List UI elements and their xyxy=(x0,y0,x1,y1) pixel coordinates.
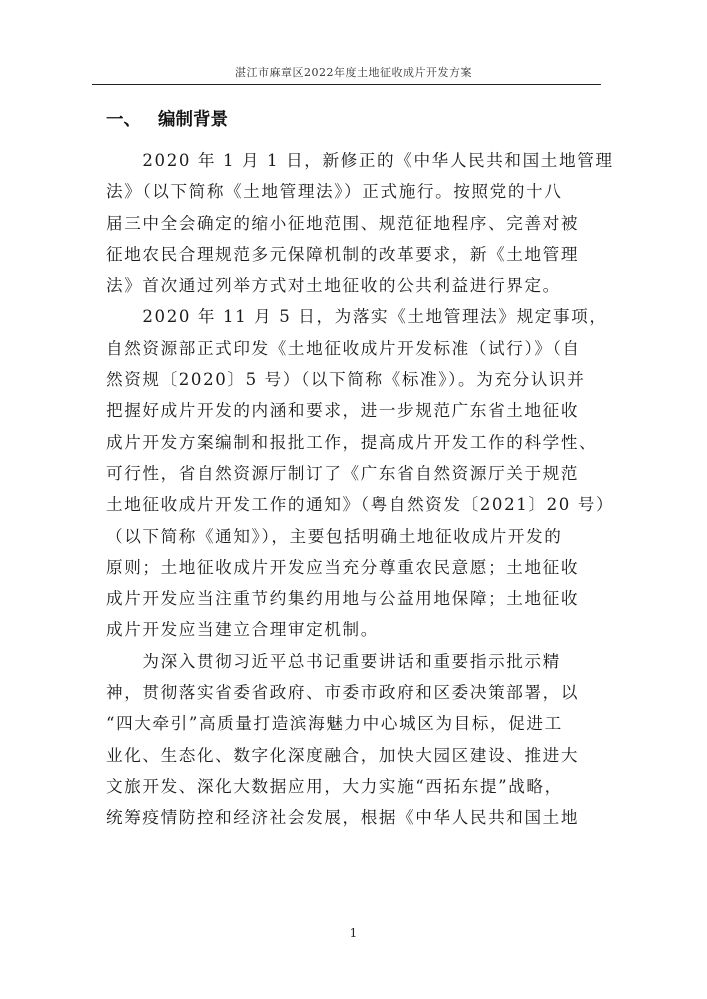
section-number: 一、 xyxy=(106,106,158,131)
text-line: 2020 年 11 月 5 日，为落实《土地管理法》规定事项， xyxy=(106,301,600,332)
text-line: 神，贯彻落实省委省政府、市委市政府和区委决策部署，以 xyxy=(106,677,600,708)
text-line: 自然资源部正式印发《土地征收成片开发标准（试行）》（自 xyxy=(106,333,600,364)
text-line: 成片开发应当注重节约集约用地与公益用地保障；土地征收 xyxy=(106,583,600,614)
text-line: 把握好成片开发的内涵和要求，进一步规范广东省土地征收 xyxy=(106,395,600,426)
page-number: 1 xyxy=(0,926,707,940)
text-line: “四大牵引”高质量打造滨海魅力中心城区为目标，促进工 xyxy=(106,708,600,739)
text-line: 土地征收成片开发工作的通知》（粤自然资发〔2021〕20 号） xyxy=(106,489,600,520)
paragraph-2: 2020 年 11 月 5 日，为落实《土地管理法》规定事项， 自然资源部正式印… xyxy=(106,301,600,645)
text-line: 届三中全会确定的缩小征地范围、规范征地程序、完善对被 xyxy=(106,208,600,239)
text-line: （以下简称《通知》），主要包括明确土地征收成片开发的 xyxy=(106,521,600,552)
section-title: 编制背景 xyxy=(158,110,228,130)
text-line: 文旅开发、深化大数据应用，大力实施“西拓东提”战略， xyxy=(106,771,600,802)
text-line: 征地农民合理规范多元保障机制的改革要求，新《土地管理 xyxy=(106,239,600,270)
text-line: 可行性，省自然资源厅制订了《广东省自然资源厅关于规范 xyxy=(106,458,600,489)
paragraph-1: 2020 年 1 月 1 日，新修正的《中华人民共和国土地管理 法》（以下简称《… xyxy=(106,145,600,301)
text-line: 成片开发应当建立合理审定机制。 xyxy=(106,614,600,645)
text-line: 业化、生态化、数字化深度融合，加快大园区建设、推进大 xyxy=(106,740,600,771)
text-line: 为深入贯彻习近平总书记重要讲话和重要指示批示精 xyxy=(106,646,600,677)
document-body: 2020 年 1 月 1 日，新修正的《中华人民共和国土地管理 法》（以下简称《… xyxy=(106,145,600,834)
text-line: 成片开发方案编制和报批工作，提高成片开发工作的科学性、 xyxy=(106,427,600,458)
text-line: 原则；土地征收成片开发应当充分尊重农民意愿；土地征收 xyxy=(106,552,600,583)
text-line: 然资规〔2020〕5 号）（以下简称《标准》）。为充分认识并 xyxy=(106,364,600,395)
text-line: 法》（以下简称《土地管理法》）正式施行。按照党的十八 xyxy=(106,176,600,207)
text-line: 统筹疫情防控和经济社会发展，根据《中华人民共和国土地 xyxy=(106,802,600,833)
paragraph-3: 为深入贯彻习近平总书记重要讲话和重要指示批示精 神，贯彻落实省委省政府、市委市政… xyxy=(106,646,600,834)
section-heading: 一、编制背景 xyxy=(106,106,228,131)
header-divider xyxy=(92,84,601,85)
text-line: 法》首次通过列举方式对土地征收的公共利益进行界定。 xyxy=(106,270,600,301)
running-header: 湛江市麻章区2022年度土地征收成片开发方案 xyxy=(0,64,707,80)
text-line: 2020 年 1 月 1 日，新修正的《中华人民共和国土地管理 xyxy=(106,145,600,176)
